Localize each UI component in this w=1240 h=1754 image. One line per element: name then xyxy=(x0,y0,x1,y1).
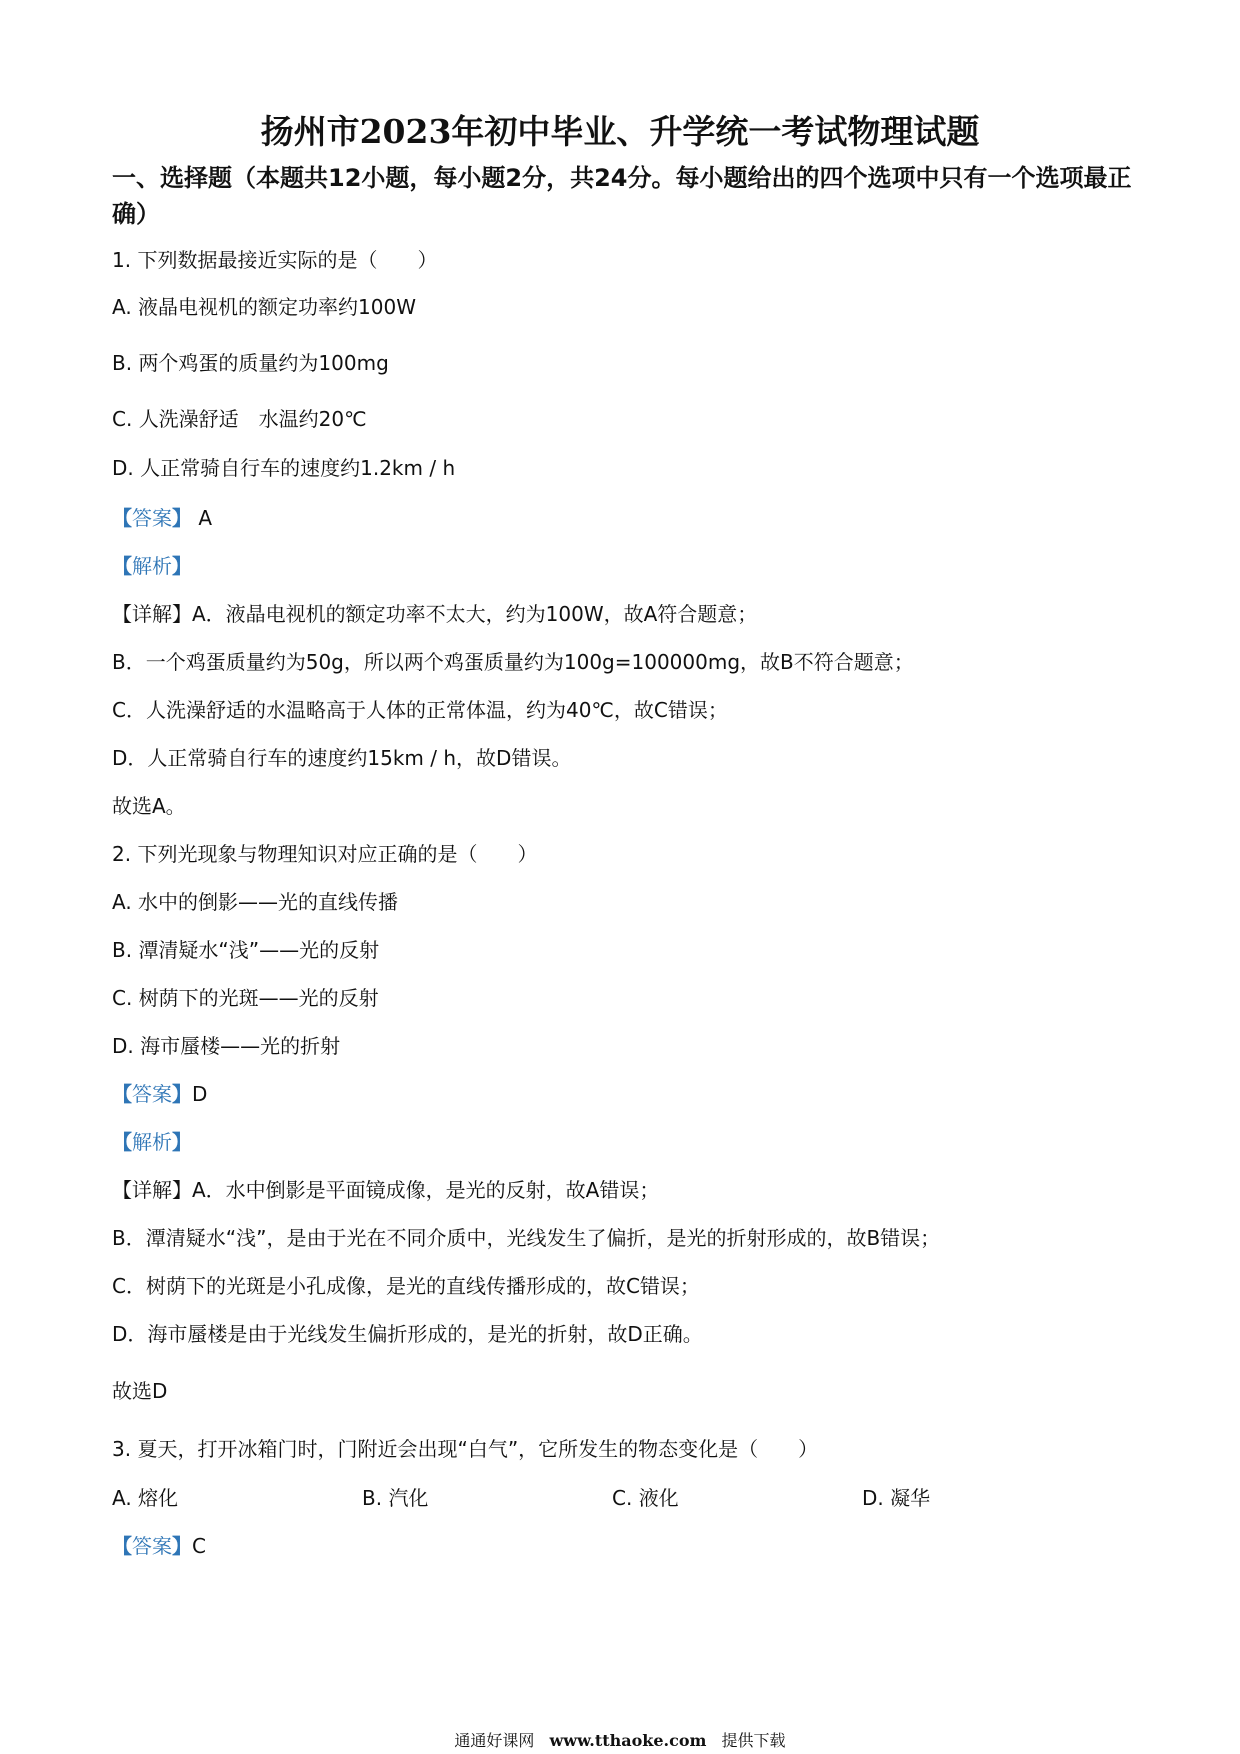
question-2-option-b: B. 潭清疑水“浅”——光的反射 xyxy=(112,937,379,963)
option-letter: C. xyxy=(112,407,132,431)
option-text: 人洗澡舒适 水温约20℃ xyxy=(139,407,367,431)
option-text: 凝华 xyxy=(890,1486,930,1510)
bracket-close-icon: 】 xyxy=(172,1082,192,1106)
detail-text: A．液晶电视机的额定功率不太大，约为100W，故A符合题意； xyxy=(192,602,757,626)
question-2-answer: 【答案】D xyxy=(112,1081,207,1107)
option-letter: A. xyxy=(112,890,132,914)
answer-label: 答案 xyxy=(132,1534,172,1558)
option-letter: C. xyxy=(112,986,132,1010)
detail-label-close: 】 xyxy=(172,602,192,626)
detail-label: 详解 xyxy=(132,602,172,626)
question-1-detail-b: B．一个鸡蛋质量约为50g，所以两个鸡蛋质量约为100g=100000mg，故B… xyxy=(112,649,914,675)
bracket-close-icon: 】 xyxy=(172,1534,192,1558)
question-2-stem: 2. 下列光现象与物理知识对应正确的是（ ） xyxy=(112,841,537,867)
option-text: 人正常骑自行车的速度约1.2km / h xyxy=(140,456,455,480)
question-2-detail-c: C．树荫下的光斑是小孔成像，是光的直线传播形成的，故C错误； xyxy=(112,1273,700,1299)
option-text: 水中的倒影——光的直线传播 xyxy=(138,890,398,914)
analysis-label: 解析 xyxy=(132,1130,172,1154)
question-3-option-a: A. 熔化 xyxy=(112,1485,178,1511)
question-1-option-d: D. 人正常骑自行车的速度约1.2km / h xyxy=(112,455,455,481)
footer-suffix: 提供下载 xyxy=(722,1731,786,1750)
analysis-label: 解析 xyxy=(132,554,172,578)
question-text: 夏天，打开冰箱门时，门附近会出现“白气”，它所发生的物态变化是（ ） xyxy=(137,1437,818,1461)
question-1-option-b: B. 两个鸡蛋的质量约为100mg xyxy=(112,350,389,376)
answer-label: 答案 xyxy=(132,506,172,530)
question-text: 下列光现象与物理知识对应正确的是（ ） xyxy=(137,842,537,866)
answer-label: 答案 xyxy=(132,1082,172,1106)
question-1-detail-d: D．人正常骑自行车的速度约15km / h，故D错误。 xyxy=(112,745,571,771)
option-letter: D. xyxy=(112,1034,134,1058)
bracket-open-icon: 【 xyxy=(112,506,132,530)
option-letter: D. xyxy=(862,1486,884,1510)
option-text: 潭清疑水“浅”——光的反射 xyxy=(138,938,379,962)
bracket-close-icon: 】 xyxy=(172,1130,192,1154)
answer-value: C xyxy=(192,1534,206,1558)
question-3-answer: 【答案】C xyxy=(112,1533,206,1559)
question-2-conclusion: 故选D xyxy=(112,1378,167,1404)
question-number: 1. xyxy=(112,248,131,272)
bracket-open-icon: 【 xyxy=(112,1130,132,1154)
question-3-option-d: D. 凝华 xyxy=(862,1485,930,1511)
question-1-analysis-label: 【解析】 xyxy=(112,553,192,579)
section-heading: 一、选择题（本题共12小题，每小题2分，共24分。每小题给出的四个选项中只有一个… xyxy=(112,160,1132,232)
question-1-option-c: C. 人洗澡舒适 水温约20℃ xyxy=(112,406,367,432)
question-1-option-a: A. 液晶电视机的额定功率约100W xyxy=(112,294,416,320)
answer-value: A xyxy=(198,506,212,530)
bracket-open-icon: 【 xyxy=(112,1082,132,1106)
option-text: 液晶电视机的额定功率约100W xyxy=(138,295,416,319)
option-letter: B. xyxy=(112,351,132,375)
question-2-option-a: A. 水中的倒影——光的直线传播 xyxy=(112,889,398,915)
question-3-option-b: B. 汽化 xyxy=(362,1485,428,1511)
question-3-stem: 3. 夏天，打开冰箱门时，门附近会出现“白气”，它所发生的物态变化是（ ） xyxy=(112,1436,818,1462)
option-text: 两个鸡蛋的质量约为100mg xyxy=(138,351,388,375)
detail-label-open: 【 xyxy=(112,1178,132,1202)
option-text: 海市蜃楼——光的折射 xyxy=(140,1034,340,1058)
question-2-option-d: D. 海市蜃楼——光的折射 xyxy=(112,1033,340,1059)
question-1-answer: 【答案】 A xyxy=(112,505,212,531)
question-1-stem: 1. 下列数据最接近实际的是（ ） xyxy=(112,247,437,273)
page-footer: 通通好课网 www.tthaoke.com 提供下载 xyxy=(0,1728,1240,1751)
option-letter: A. xyxy=(112,295,132,319)
question-2-detail-b: B．潭清疑水“浅”，是由于光在不同介质中，光线发生了偏折，是光的折射形成的，故B… xyxy=(112,1225,940,1251)
option-text: 树荫下的光斑——光的反射 xyxy=(139,986,379,1010)
option-letter: B. xyxy=(362,1486,382,1510)
option-text: 汽化 xyxy=(388,1486,428,1510)
question-2-detail-d: D．海市蜃楼是由于光线发生偏折形成的，是光的折射，故D正确。 xyxy=(112,1321,703,1347)
footer-site-name: 通通好课网 xyxy=(454,1731,534,1750)
detail-label: 详解 xyxy=(132,1178,172,1202)
question-number: 3. xyxy=(112,1437,131,1461)
question-3-option-c: C. 液化 xyxy=(612,1485,679,1511)
option-text: 熔化 xyxy=(138,1486,178,1510)
option-letter: C. xyxy=(612,1486,632,1510)
detail-text: A．水中倒影是平面镜成像，是光的反射，故A错误； xyxy=(192,1178,659,1202)
question-2-analysis-label: 【解析】 xyxy=(112,1129,192,1155)
option-text: 液化 xyxy=(639,1486,679,1510)
bracket-close-icon: 】 xyxy=(172,506,192,530)
question-text: 下列数据最接近实际的是（ ） xyxy=(137,248,437,272)
question-1-conclusion: 故选A。 xyxy=(112,793,186,819)
page-title: 扬州市2023年初中毕业、升学统一考试物理试题 xyxy=(0,106,1240,153)
option-letter: A. xyxy=(112,1486,132,1510)
detail-label-open: 【 xyxy=(112,602,132,626)
question-2-detail-a: 【详解】A．水中倒影是平面镜成像，是光的反射，故A错误； xyxy=(112,1177,659,1203)
option-letter: D. xyxy=(112,456,134,480)
detail-label-close: 】 xyxy=(172,1178,192,1202)
bracket-close-icon: 】 xyxy=(172,554,192,578)
bracket-open-icon: 【 xyxy=(112,1534,132,1558)
footer-url-link[interactable]: www.tthaoke.com xyxy=(550,1731,707,1750)
question-2-option-c: C. 树荫下的光斑——光的反射 xyxy=(112,985,379,1011)
question-number: 2. xyxy=(112,842,131,866)
answer-value: D xyxy=(192,1082,207,1106)
bracket-open-icon: 【 xyxy=(112,554,132,578)
question-1-detail-a: 【详解】A．液晶电视机的额定功率不太大，约为100W，故A符合题意； xyxy=(112,601,757,627)
question-1-detail-c: C．人洗澡舒适的水温略高于人体的正常体温，约为40℃，故C错误； xyxy=(112,697,728,723)
option-letter: B. xyxy=(112,938,132,962)
